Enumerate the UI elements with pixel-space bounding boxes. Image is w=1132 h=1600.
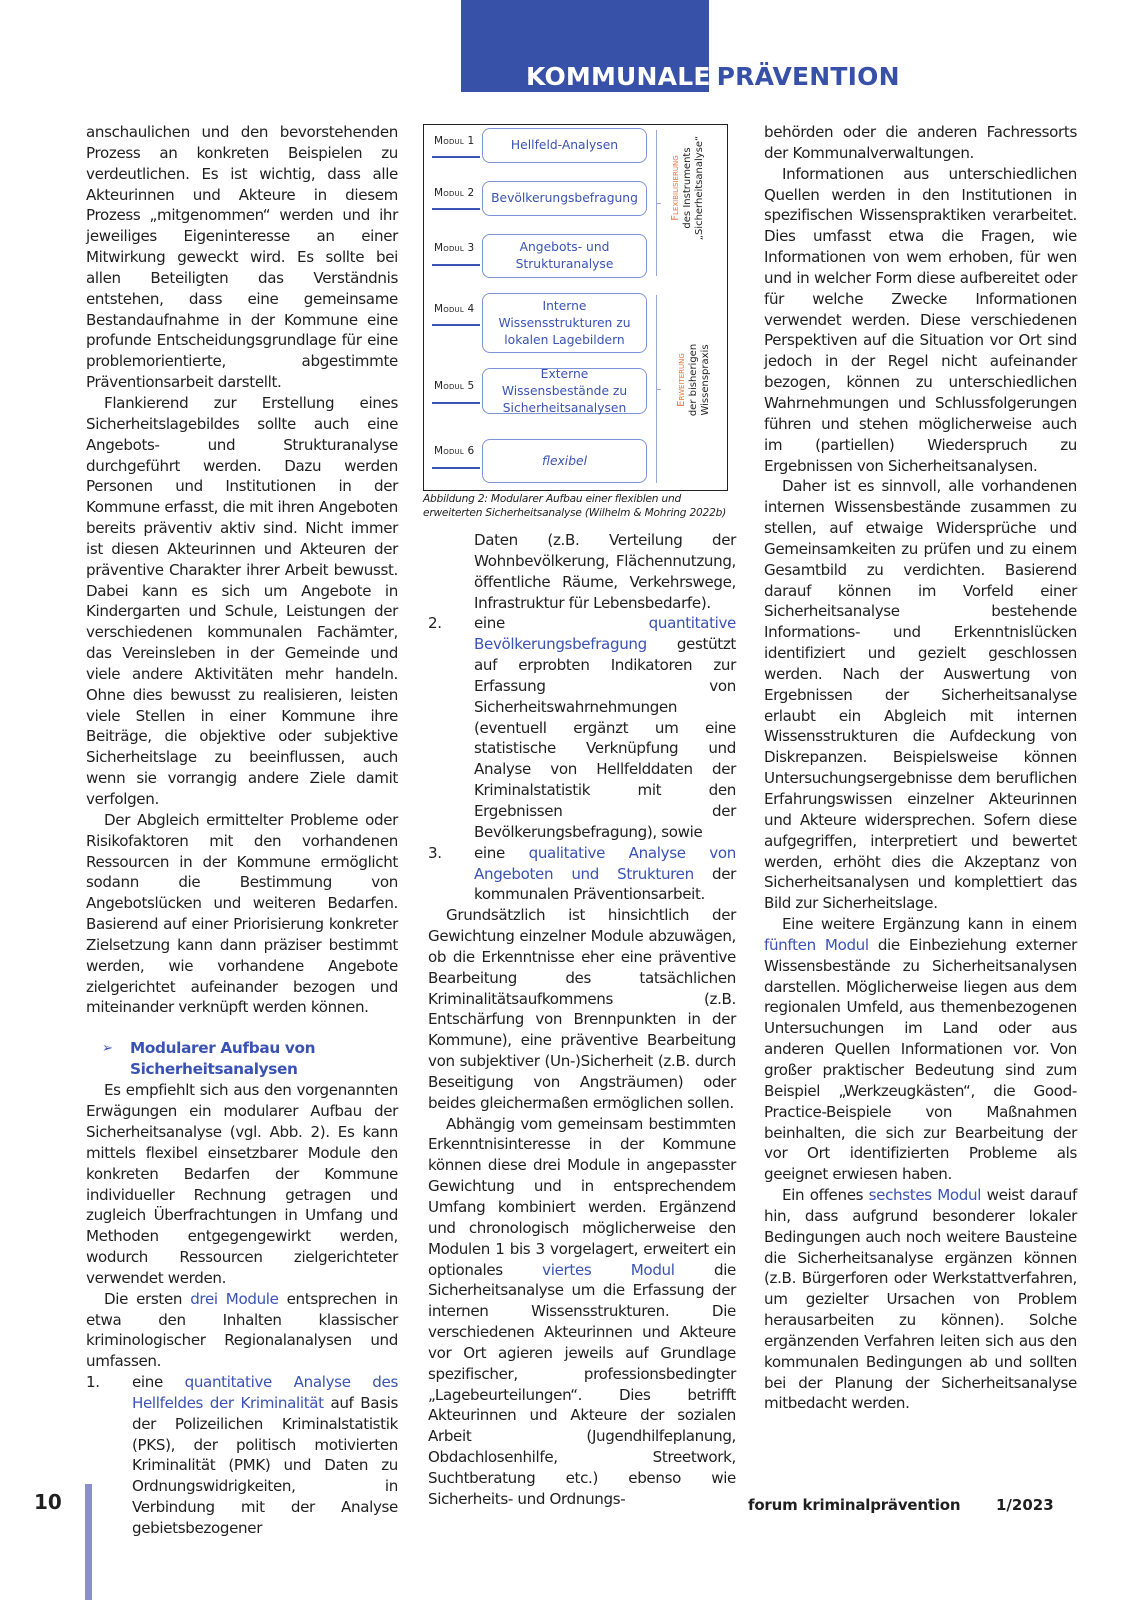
list-number: 3.: [428, 843, 474, 906]
list-number: 2.: [428, 613, 474, 842]
paragraph: anschaulichen und den bevorstehenden Pro…: [86, 122, 398, 393]
page-number: 10: [34, 1490, 62, 1514]
group-label-erweiterung: Erweiterung der bisherigen Wissenspraxis: [676, 325, 712, 435]
paragraph: behörden oder die anderen Fachressorts d…: [764, 122, 1077, 164]
text: Die ersten: [104, 1290, 190, 1308]
module-underline: [432, 208, 480, 210]
section-title-part1: KOMMUNALE: [526, 62, 711, 91]
module-box: Externe Wissensbestände zu Sicherheitsan…: [482, 368, 647, 414]
module-box: Hellfeld-Analysen: [482, 128, 647, 163]
section-heading: ➢ Modularer Aufbau von Sicherheitsanalys…: [86, 1038, 398, 1080]
paragraph: Die ersten drei Module entsprechen in et…: [86, 1289, 398, 1372]
highlight-term: sechstes Modul: [869, 1186, 981, 1204]
paragraph: Daher ist es sinnvoll, alle vorhandenen …: [764, 476, 1077, 914]
left-column: anschaulichen und den bevorstehenden Pro…: [86, 122, 398, 1539]
publication-name: forum kriminalprävention: [748, 1496, 960, 1514]
group-title: Erweiterung: [676, 325, 688, 435]
module-box: Angebots- und Strukturanalyse: [482, 234, 647, 278]
list-item-text: eine quantitative Analyse des Hellfeldes…: [132, 1372, 398, 1539]
footer-accent-bar: [85, 1484, 92, 1600]
numbered-list-item: 3. eine qualitative Analyse von Angebote…: [428, 843, 736, 906]
group-bracket: [656, 295, 662, 483]
module-underline: [432, 324, 480, 326]
group-label-flexibilisierung: Flexibilisierung des Instruments „Sicher…: [670, 133, 706, 243]
module-label: Modul 2: [434, 187, 474, 199]
text: eine: [132, 1373, 185, 1391]
paragraph: Es empfiehlt sich aus den vorgenannten E…: [86, 1080, 398, 1288]
arrow-bullet-icon: ➢: [86, 1038, 112, 1080]
text: die Einbeziehung externer Wissensbeständ…: [764, 936, 1077, 1183]
group-bracket: [656, 130, 662, 276]
text: gestützt auf erprobten Indikatoren zur E…: [474, 635, 736, 841]
text: Eine weitere Ergänzung kann in einem: [782, 915, 1077, 933]
section-title-part2: PRÄVENTION: [717, 62, 900, 91]
module-underline: [432, 402, 480, 404]
group-subtitle: Wissenspraxis: [700, 325, 712, 435]
paragraph: Der Abgleich ermittelter Probleme oder R…: [86, 810, 398, 1018]
paragraph: Informationen aus unterschiedlichen Quel…: [764, 164, 1077, 477]
group-subtitle: „Sicherheitsanalyse“: [694, 133, 706, 243]
paragraph: Ein offenes sechstes Modul weist darauf …: [764, 1185, 1077, 1414]
module-underline: [432, 467, 480, 469]
text: die Sicherheitsanalyse um die Erfassung …: [428, 1261, 736, 1508]
module-label: Modul 1: [434, 135, 474, 147]
module-box: flexibel: [482, 439, 647, 483]
middle-column: Daten (z.B. Verteilung der Wohnbevölkeru…: [428, 530, 736, 1510]
text: eine: [474, 614, 649, 632]
section-title: KOMMUNALEPRÄVENTION: [526, 62, 900, 92]
highlight-term: fünften Modul: [764, 936, 869, 954]
section-heading-text: Modularer Aufbau von Sicherheitsanalysen: [112, 1038, 398, 1080]
figure-caption: Abbildung 2: Modularer Aufbau einer flex…: [423, 492, 733, 520]
module-label: Modul 4: [434, 303, 474, 315]
text: auf Basis der Polizeilichen Kriminalstat…: [132, 1394, 398, 1537]
list-item-text: eine qualitative Analyse von Angeboten u…: [474, 843, 736, 906]
list-number: 1.: [86, 1372, 132, 1539]
paragraph: Flankierend zur Erstellung eines Sicherh…: [86, 393, 398, 810]
figure-modular-structure: Modul 1 Hellfeld-Analysen Modul 2 Bevölk…: [423, 124, 728, 491]
group-title: Flexibilisierung: [670, 133, 682, 243]
module-box: Bevölkerungsbefragung: [482, 181, 647, 216]
module-label: Modul 6: [434, 445, 474, 457]
highlight-term: viertes Modul: [542, 1261, 674, 1279]
module-box: Interne Wissensstrukturen zu lokalen Lag…: [482, 293, 647, 353]
group-subtitle: des Instruments: [682, 133, 694, 243]
list-item-text: eine quantitative Bevölkerungsbefragung …: [474, 613, 736, 842]
list-item-continuation: Daten (z.B. Verteilung der Wohnbevölkeru…: [428, 530, 736, 613]
numbered-list-item: 2. eine quantitative Bevölkerungsbefragu…: [428, 613, 736, 842]
module-underline: [432, 264, 480, 266]
text: eine: [474, 844, 529, 862]
issue-number: 1/2023: [996, 1496, 1054, 1514]
text: Abhängig vom gemeinsam bestimmten Erkenn…: [428, 1115, 736, 1279]
paragraph: Eine weitere Ergänzung kann in einem fün…: [764, 914, 1077, 1185]
right-column: behörden oder die anderen Fachressorts d…: [764, 122, 1077, 1414]
numbered-list-item: 1. eine quantitative Analyse des Hellfel…: [86, 1372, 398, 1539]
paragraph: Abhängig vom gemeinsam bestimmten Erkenn…: [428, 1114, 736, 1510]
text: Ein offenes: [782, 1186, 869, 1204]
module-underline: [432, 156, 480, 158]
group-subtitle: der bisherigen: [688, 325, 700, 435]
module-label: Modul 5: [434, 380, 474, 392]
paragraph: Grundsätzlich ist hinsichtlich der Gewic…: [428, 905, 736, 1113]
module-label: Modul 3: [434, 242, 474, 254]
highlight-term: drei Module: [190, 1290, 278, 1308]
text: weist darauf hin, dass aufgrund besonder…: [764, 1186, 1077, 1412]
